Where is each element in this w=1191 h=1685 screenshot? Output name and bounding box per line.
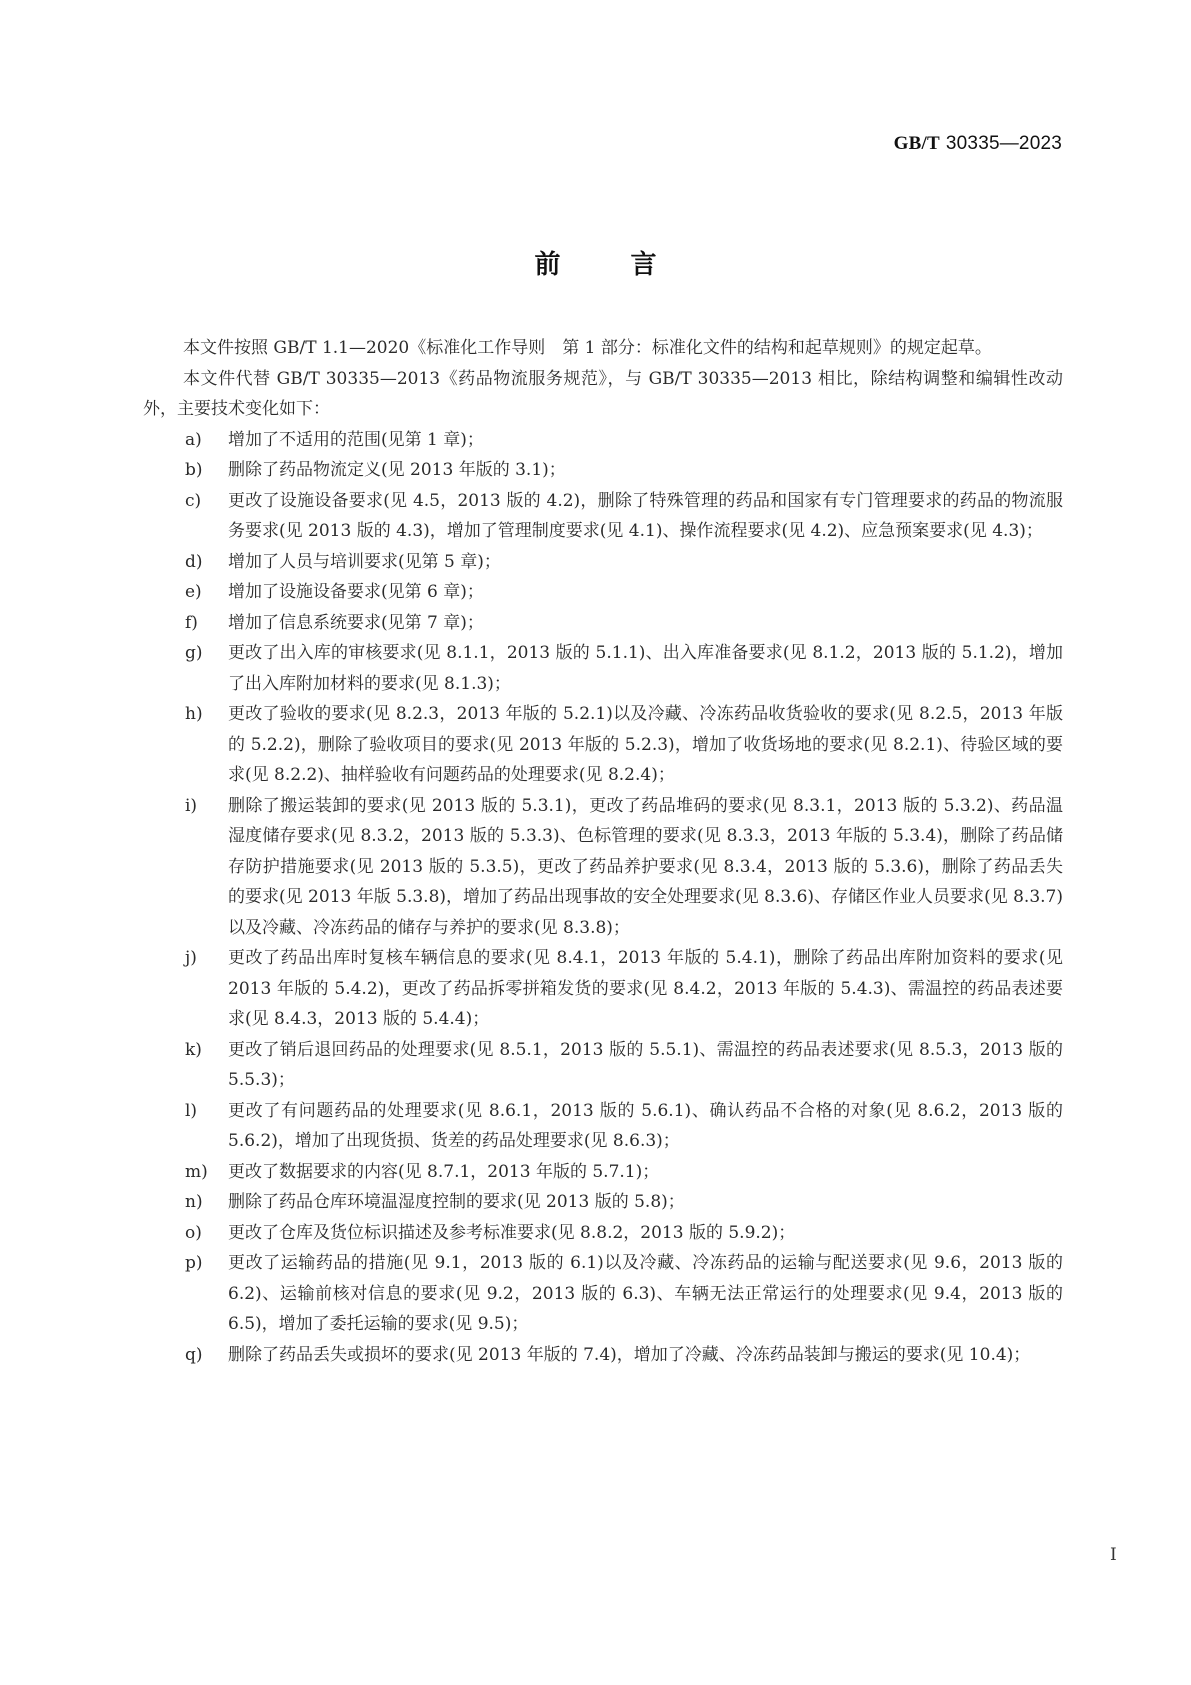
list-marker: c): [185, 486, 201, 517]
list-item: e)增加了设施设备要求(见第 6 章)；: [143, 577, 1063, 608]
list-marker: g): [185, 638, 203, 669]
list-item-text: 增加了不适用的范围(见第 1 章)；: [228, 430, 484, 450]
list-item-text: 增加了设施设备要求(见第 6 章)；: [228, 582, 484, 602]
list-marker: b): [185, 455, 203, 486]
list-item: o)更改了仓库及货位标识描述及参考标准要求(见 8.8.2，2013 版的 5.…: [143, 1218, 1063, 1249]
list-item: l)更改了有问题药品的处理要求(见 8.6.1，2013 版的 5.6.1)、确…: [143, 1096, 1063, 1157]
list-item: d)增加了人员与培训要求(见第 5 章)；: [143, 547, 1063, 578]
standard-code-prefix: GB/T: [894, 133, 940, 154]
list-item-text: 更改了设施设备要求(见 4.5，2013 版的 4.2)，删除了特殊管理的药品和…: [228, 491, 1063, 542]
list-marker: l): [185, 1096, 197, 1127]
list-item: j)更改了药品出库时复核车辆信息的要求(见 8.4.1，2013 年版的 5.4…: [143, 943, 1063, 1035]
list-marker: a): [185, 425, 202, 456]
paragraph-drafting-basis: 本文件按照 GB/T 1.1—2020《标准化工作导则 第 1 部分：标准化文件…: [143, 333, 1063, 364]
document-body: 本文件按照 GB/T 1.1—2020《标准化工作导则 第 1 部分：标准化文件…: [143, 333, 1063, 1370]
list-item: c)更改了设施设备要求(见 4.5，2013 版的 4.2)，删除了特殊管理的药…: [143, 486, 1063, 547]
list-marker: h): [185, 699, 203, 730]
page-number: I: [1110, 1545, 1117, 1565]
list-marker: e): [185, 577, 202, 608]
page-title: 前言: [0, 244, 1191, 281]
list-item: h)更改了验收的要求(见 8.2.3，2013 年版的 5.2.1)以及冷藏、冷…: [143, 699, 1063, 791]
list-item-text: 更改了数据要求的内容(见 8.7.1，2013 年版的 5.7.1)；: [228, 1162, 659, 1182]
list-item-text: 更改了销后退回药品的处理要求(见 8.5.1，2013 版的 5.5.1)、需温…: [228, 1040, 1063, 1091]
list-marker: j): [185, 943, 197, 974]
list-item: g)更改了出入库的审核要求(见 8.1.1，2013 版的 5.1.1)、出入库…: [143, 638, 1063, 699]
list-marker: o): [185, 1218, 202, 1249]
list-marker: q): [185, 1340, 203, 1371]
list-marker: m): [185, 1157, 208, 1188]
list-item-text: 更改了药品出库时复核车辆信息的要求(见 8.4.1，2013 年版的 5.4.1…: [228, 948, 1063, 1029]
list-item-text: 更改了有问题药品的处理要求(见 8.6.1，2013 版的 5.6.1)、确认药…: [228, 1101, 1063, 1152]
list-marker: p): [185, 1248, 203, 1279]
list-item-text: 更改了出入库的审核要求(见 8.1.1，2013 版的 5.1.1)、出入库准备…: [228, 643, 1063, 694]
list-item: p)更改了运输药品的措施(见 9.1，2013 版的 6.1)以及冷藏、冷冻药品…: [143, 1248, 1063, 1340]
list-item-text: 删除了搬运装卸的要求(见 2013 版的 5.3.1)，更改了药品堆码的要求(见…: [228, 796, 1063, 938]
standard-code-number: 30335—2023: [946, 133, 1062, 154]
list-marker: i): [185, 791, 197, 822]
list-item-text: 更改了运输药品的措施(见 9.1，2013 版的 6.1)以及冷藏、冷冻药品的运…: [228, 1253, 1063, 1334]
list-item-text: 更改了验收的要求(见 8.2.3，2013 年版的 5.2.1)以及冷藏、冷冻药…: [228, 704, 1063, 785]
list-item: q)删除了药品丢失或损坏的要求(见 2013 年版的 7.4)，增加了冷藏、冷冻…: [143, 1340, 1063, 1371]
list-item-text: 更改了仓库及货位标识描述及参考标准要求(见 8.8.2，2013 版的 5.9.…: [228, 1223, 795, 1243]
list-item-text: 删除了药品物流定义(见 2013 年版的 3.1)；: [228, 460, 566, 480]
list-item-text: 增加了人员与培训要求(见第 5 章)；: [228, 552, 501, 572]
paragraph-replacement-note: 本文件代替 GB/T 30335—2013《药品物流服务规范》，与 GB/T 3…: [143, 364, 1063, 425]
list-item: a)增加了不适用的范围(见第 1 章)；: [143, 425, 1063, 456]
list-item: m)更改了数据要求的内容(见 8.7.1，2013 年版的 5.7.1)；: [143, 1157, 1063, 1188]
list-item-text: 删除了药品仓库环境温湿度控制的要求(见 2013 版的 5.8)；: [228, 1192, 685, 1212]
list-item: n)删除了药品仓库环境温湿度控制的要求(见 2013 版的 5.8)；: [143, 1187, 1063, 1218]
list-marker: f): [185, 608, 198, 639]
list-item: i)删除了搬运装卸的要求(见 2013 版的 5.3.1)，更改了药品堆码的要求…: [143, 791, 1063, 944]
list-item-text: 增加了信息系统要求(见第 7 章)；: [228, 613, 484, 633]
list-item: b)删除了药品物流定义(见 2013 年版的 3.1)；: [143, 455, 1063, 486]
list-item: k)更改了销后退回药品的处理要求(见 8.5.1，2013 版的 5.5.1)、…: [143, 1035, 1063, 1096]
list-marker: k): [185, 1035, 202, 1066]
list-marker: n): [185, 1187, 203, 1218]
standard-code-header: GB/T30335—2023: [894, 132, 1062, 155]
changes-list: a)增加了不适用的范围(见第 1 章)； b)删除了药品物流定义(见 2013 …: [143, 425, 1063, 1371]
list-item-text: 删除了药品丢失或损坏的要求(见 2013 年版的 7.4)，增加了冷藏、冷冻药品…: [228, 1345, 1030, 1365]
list-marker: d): [185, 547, 203, 578]
list-item: f)增加了信息系统要求(见第 7 章)；: [143, 608, 1063, 639]
